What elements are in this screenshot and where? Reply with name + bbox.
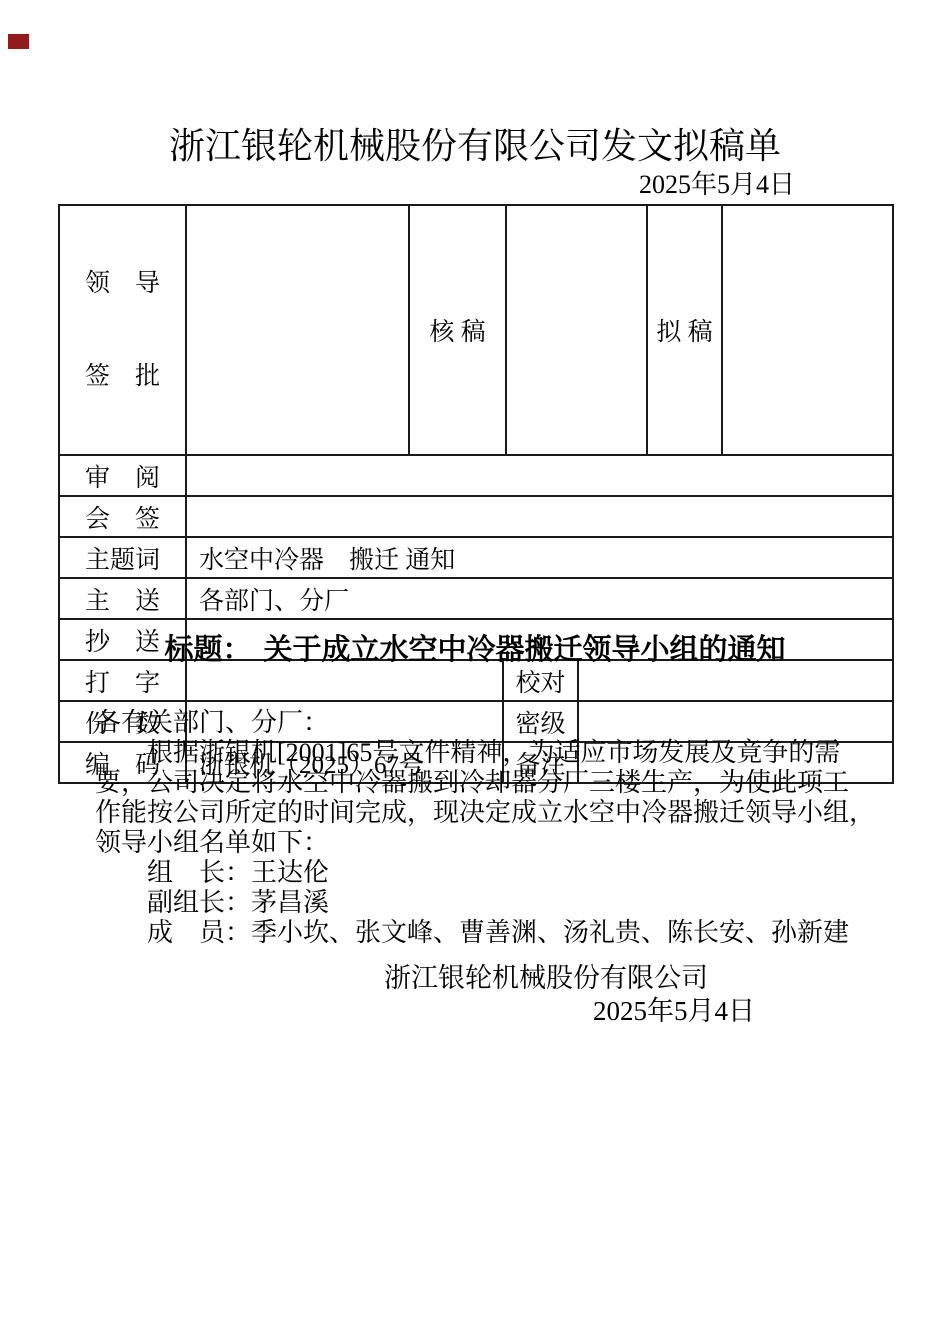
check-draft-label-cell: 核 稿 <box>409 205 506 455</box>
notice-heading-label: 标题： <box>164 634 251 666</box>
body-line: 根据浙银机[2001]65号文件精神，为适应市场发展及竟争的需 <box>95 738 950 768</box>
notice-heading-text: 关于成立水空中冷器搬迁领导小组的通知 <box>264 634 786 666</box>
drafting-form: 领 导 签 批 核 稿 拟 稿 审 阅 会 签 主题词 水空中冷器 搬 <box>58 204 892 784</box>
leader-sign-label-line2: 签 批 <box>60 361 185 392</box>
main-send-label-cell: 主 送 <box>59 578 186 619</box>
body-line: 要，公司决定将水空中冷器搬到冷却器分厂三楼生产，为使此项工 <box>95 768 950 798</box>
body-line: 作能按公司所定的时间完成，现决定成立水空中冷器搬迁领导小组， <box>95 798 950 828</box>
review-label-cell: 审 阅 <box>59 455 186 496</box>
draft-value-cell <box>722 205 893 455</box>
body-line: 副组长：茅昌溪 <box>95 888 950 918</box>
keywords-value-cell: 水空中冷器 搬迁 通知 <box>186 537 893 578</box>
notice-heading: 标题：关于成立水空中冷器搬迁领导小组的通知 <box>0 630 950 670</box>
review-value-cell <box>186 455 893 496</box>
notice-body: 各有关部门、分厂： 根据浙银机[2001]65号文件精神，为适应市场发展及竟争的… <box>95 708 950 948</box>
body-line: 领导小组名单如下： <box>95 828 950 858</box>
draft-label-cell: 拟 稿 <box>647 205 722 455</box>
leader-sign-label-cell: 领 导 签 批 <box>59 205 186 455</box>
signature-date: 2025年5月4日 <box>0 995 755 1028</box>
document-title: 浙江银轮机械股份有限公司发文拟稿单 <box>0 122 950 170</box>
signature-company: 浙江银轮机械股份有限公司 <box>0 962 708 995</box>
leader-sign-value-cell <box>186 205 409 455</box>
document-date: 2025年5月4日 <box>0 170 795 200</box>
row-leader-sign: 领 导 签 批 核 稿 拟 稿 <box>59 205 893 455</box>
main-send-value-cell: 各部门、分厂 <box>186 578 893 619</box>
countersign-value-cell <box>186 496 893 537</box>
leader-sign-label-line1: 领 导 <box>60 268 185 299</box>
body-line: 各有关部门、分厂： <box>95 708 950 738</box>
document-page: 浙江银轮机械股份有限公司发文拟稿单 2025年5月4日 领 导 签 批 核 稿 … <box>0 0 950 1342</box>
row-keywords: 主题词 水空中冷器 搬迁 通知 <box>59 537 893 578</box>
check-draft-value-cell <box>506 205 647 455</box>
form-table-top: 领 导 签 批 核 稿 拟 稿 <box>58 204 894 456</box>
row-countersign: 会 签 <box>59 496 893 537</box>
keywords-label-cell: 主题词 <box>59 537 186 578</box>
corner-red-mark <box>8 34 29 49</box>
body-line: 组 长：王达伦 <box>95 858 950 888</box>
row-main-send: 主 送 各部门、分厂 <box>59 578 893 619</box>
countersign-label-cell: 会 签 <box>59 496 186 537</box>
body-line: 成 员：季小坎、张文峰、曹善渊、汤礼贵、陈长安、孙新建 <box>95 918 950 948</box>
row-review: 审 阅 <box>59 455 893 496</box>
